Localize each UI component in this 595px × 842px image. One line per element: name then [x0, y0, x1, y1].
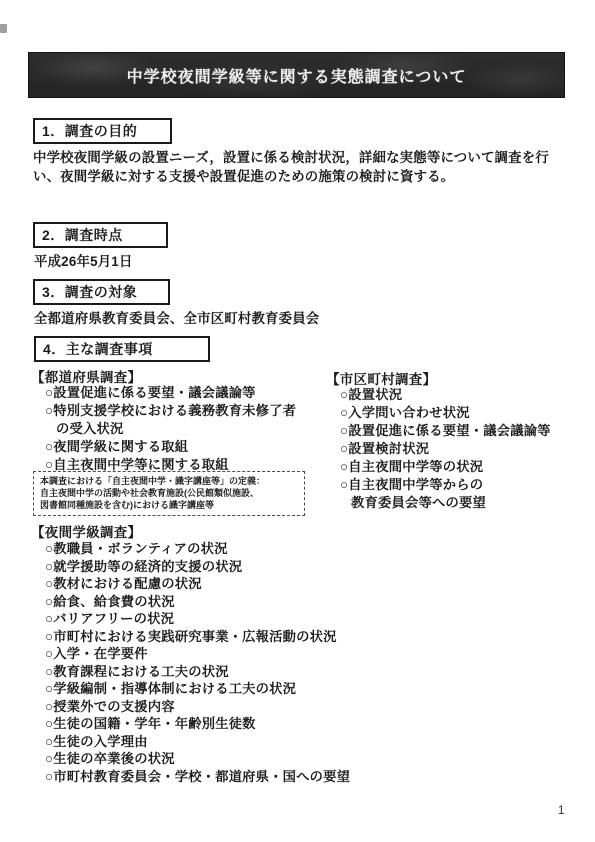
list-item: ○バリアフリーの状況 — [45, 610, 475, 628]
list-item: ○市町村教育委員会・学校・都道府県・国への要望 — [45, 768, 475, 786]
list-item: ○教材における配慮の状況 — [45, 575, 475, 593]
list-item: ○設置促進に係る要望・議会議論等 — [340, 422, 580, 440]
list-item: ○設置促進に係る要望・議会議論等 — [45, 384, 320, 402]
prefectural-survey-list: ○設置促進に係る要望・議会議論等 ○特別支援学校における義務教育未修了者 の受入… — [45, 384, 320, 474]
document-title: 中学校夜間学級等に関する実態調査について — [127, 64, 467, 87]
section-4-heading-box: 4．主な調査事項 — [34, 336, 210, 362]
list-item: ○自主夜間中学等からの 教育委員会等への要望 — [340, 476, 580, 512]
list-item: ○生徒の国籍・学年・年齢別生徒数 — [45, 715, 475, 733]
list-item: ○入学問い合わせ状況 — [340, 404, 580, 422]
night-class-survey-title: 【夜間学級調査】 — [31, 521, 141, 541]
list-item: ○生徒の入学理由 — [45, 733, 475, 751]
list-item: ○給食、給食費の状況 — [45, 593, 475, 611]
definition-note-box: 本調査における「自主夜間中学・識字講座等」の定義： 自主夜間中学の活動や社会教育… — [33, 471, 305, 516]
list-item: ○設置状況 — [340, 386, 580, 404]
definition-note-line: 自主夜間中学の活動や社会教育施設(公民館類似施設、 — [40, 487, 298, 499]
list-item: ○就学援助等の経済的支援の状況 — [45, 558, 475, 576]
list-item: ○市町村における実践研究事業・広報活動の状況 — [45, 628, 475, 646]
list-item: ○入学・在学要件 — [45, 645, 475, 663]
list-item: ○夜間学級に関する取組 — [45, 438, 320, 456]
municipal-survey-list: ○設置状況 ○入学問い合わせ状況 ○設置促進に係る要望・議会議論等 ○設置検討状… — [340, 386, 580, 512]
section-1-heading-box: 1．調査の目的 — [33, 118, 172, 144]
section-3-heading-box: 3．調査の対象 — [33, 279, 170, 305]
definition-note-line: 図書館同種施設を含む)における識字講座等 — [40, 499, 298, 511]
night-class-survey-list: ○教職員・ボランティアの状況 ○就学援助等の経済的支援の状況 ○教材における配慮… — [45, 540, 475, 785]
prefectural-survey-title: 【都道府県調査】 — [31, 366, 141, 386]
document-page: 中学校夜間学級等に関する実態調査について 1．調査の目的 中学校夜間学級の設置ニ… — [0, 0, 595, 842]
scan-artifact-mark — [0, 24, 7, 33]
definition-note-line: 本調査における「自主夜間中学・識字講座等」の定義： — [40, 475, 298, 487]
list-item: ○自主夜間中学等の状況 — [340, 458, 580, 476]
municipal-survey-title: 【市区町村調査】 — [326, 368, 436, 388]
page-number: 1 — [558, 805, 564, 817]
list-item: ○授業外での支援内容 — [45, 698, 475, 716]
section-1-heading: 1．調査の目的 — [42, 121, 137, 141]
list-item: ○教育課程における工夫の状況 — [45, 663, 475, 681]
list-item: ○設置検討状況 — [340, 440, 580, 458]
section-1-body: 中学校夜間学級の設置ニーズ，設置に係る検討状況，詳細な実態等について調査を行い、… — [33, 148, 575, 186]
list-item: ○生徒の卒業後の状況 — [45, 750, 475, 768]
list-item: ○教職員・ボランティアの状況 — [45, 540, 475, 558]
section-4-heading: 4．主な調査事項 — [43, 339, 153, 359]
title-bar: 中学校夜間学級等に関する実態調査について — [28, 52, 565, 98]
section-2-heading-box: 2．調査時点 — [33, 222, 168, 248]
list-item: ○学級編制・指導体制における工夫の状況 — [45, 680, 475, 698]
list-item: ○特別支援学校における義務教育未修了者 の受入状況 — [45, 402, 320, 438]
section-2-heading: 2．調査時点 — [42, 225, 123, 245]
section-3-heading: 3．調査の対象 — [42, 282, 137, 302]
section-2-body: 平成26年5月1日 — [34, 252, 334, 271]
section-3-body: 全都道府県教育委員会、全市区町村教育委員会 — [34, 309, 454, 328]
